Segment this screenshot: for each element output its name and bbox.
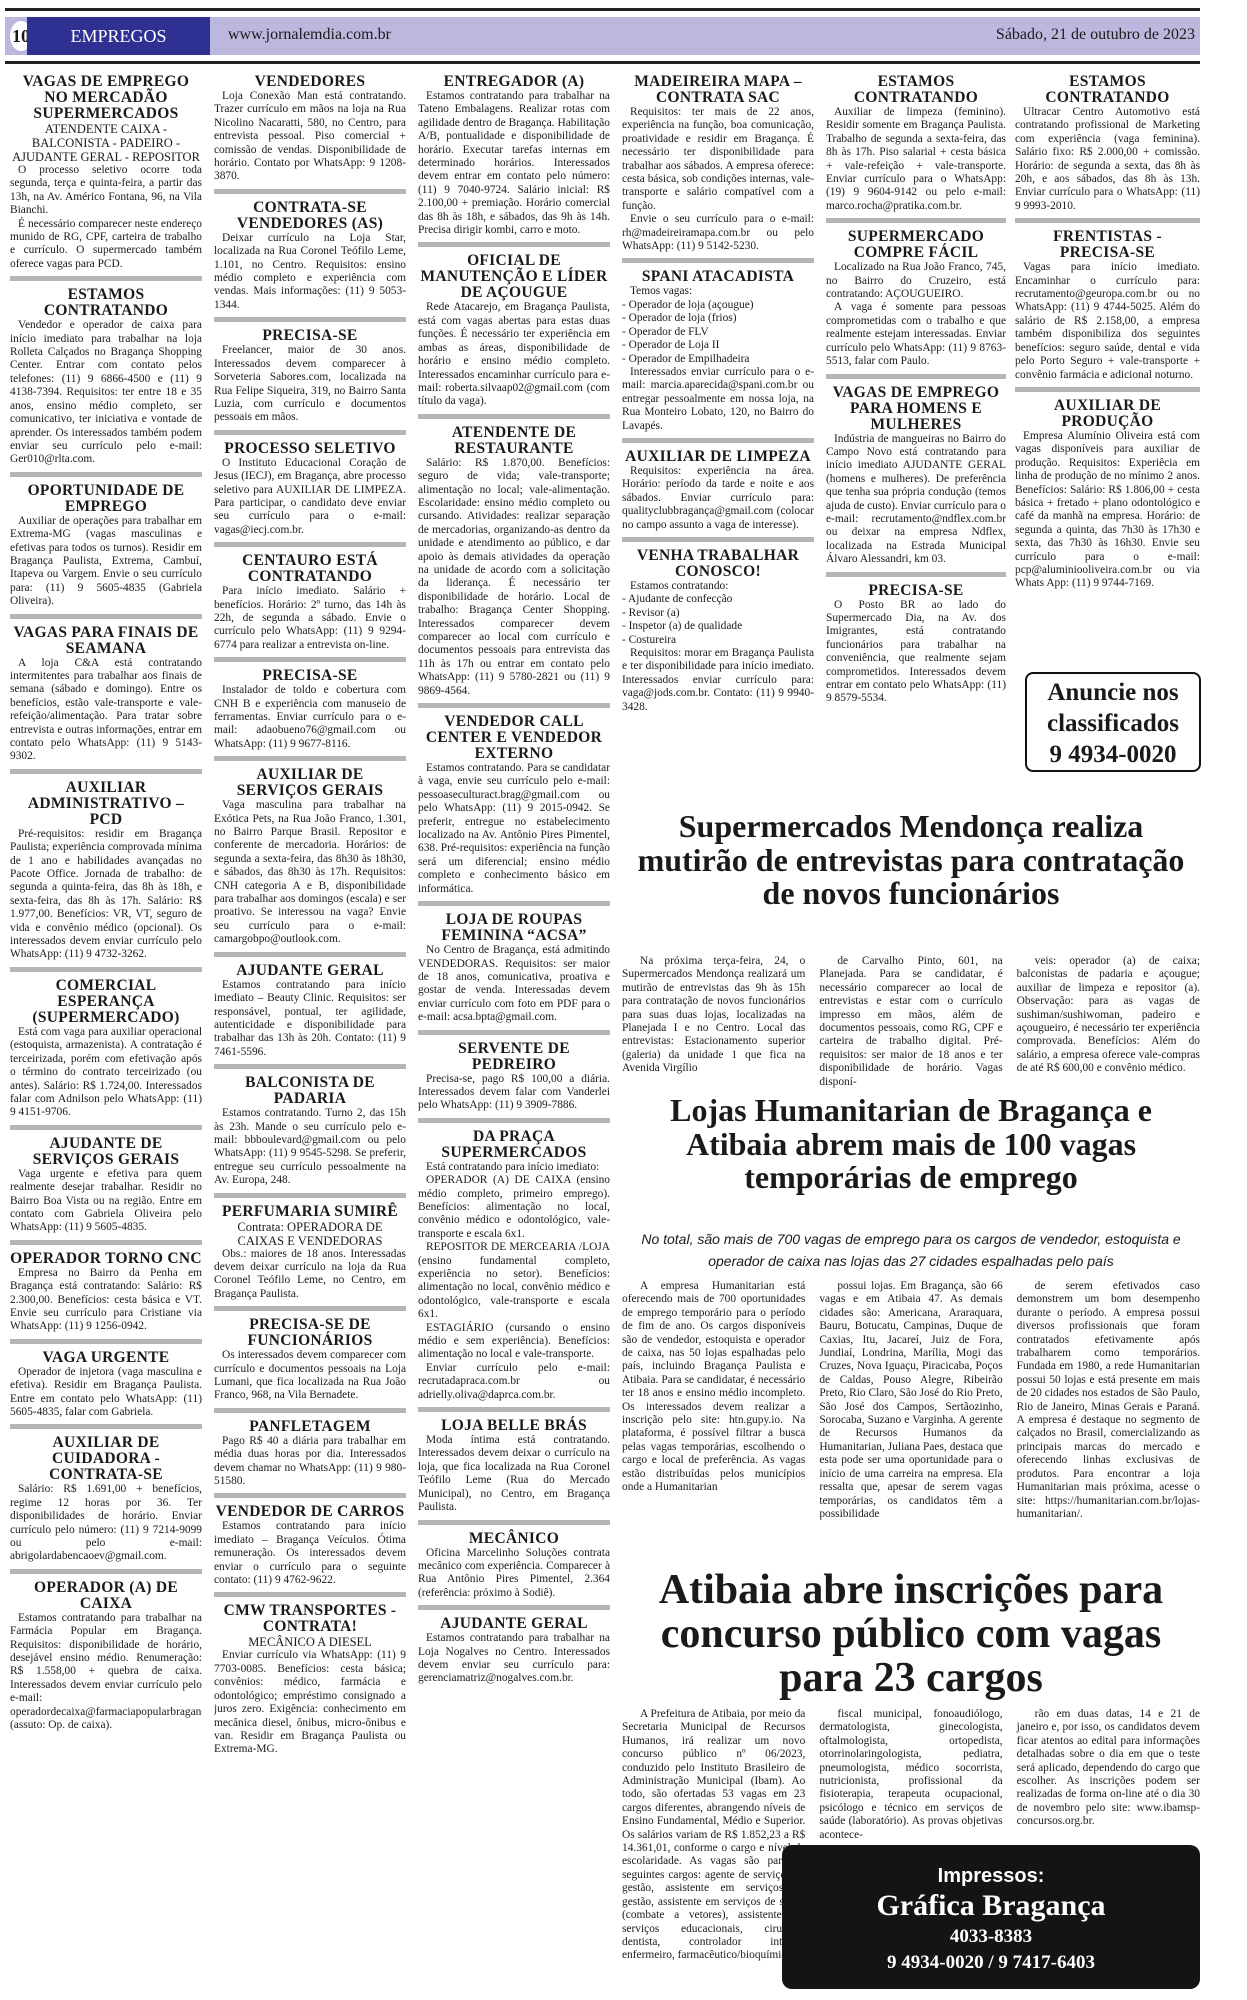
ad-text: Vaga masculina para trabalhar na Exótica… bbox=[214, 799, 406, 946]
article-2-body: A empresa Humanitarian está oferecendo m… bbox=[622, 1280, 1200, 1560]
classified-ad: AUXILIAR DE SERVIÇOS GERAISVaga masculin… bbox=[214, 767, 406, 956]
ad-title: AUXILIAR ADMINISTRATIVO – PCD bbox=[10, 780, 202, 828]
ad-title: AUXILIAR DE SERVIÇOS GERAIS bbox=[214, 767, 406, 799]
ad-text: Estamos contratando. Para se candidatar … bbox=[418, 762, 610, 896]
ad-title: FRENTISTAS - PRECISA-SE bbox=[1015, 229, 1200, 261]
ad-text: O processo seletivo ocorre toda segunda,… bbox=[10, 164, 202, 218]
ad-text: Rede Atacarejo, em Bragança Paulista, es… bbox=[418, 301, 610, 408]
ad-list-item: - Revisor (a) bbox=[622, 607, 814, 620]
article-text: veis: operador (a) de caixa; balconistas… bbox=[1017, 955, 1200, 1076]
ad-text: Moda íntima está contratando. Interessad… bbox=[418, 1434, 610, 1514]
ad-title: CONTRATA-SE VENDEDORES (AS) bbox=[214, 200, 406, 232]
classified-ad: AJUDANTE GERALEstamos contratando para i… bbox=[214, 963, 406, 1069]
ad-title: PRECISA-SE bbox=[826, 583, 1006, 599]
classified-ad: DA PRAÇA SUPERMERCADOSEstá contratando p… bbox=[418, 1129, 610, 1412]
ad-text: Salário: R$ 1.870,00. Benefícios: seguro… bbox=[418, 457, 610, 698]
article-text: A empresa Humanitarian está oferecendo m… bbox=[622, 1280, 805, 1495]
classified-ad: ESTAMOS CONTRATANDOVendedor e operador d… bbox=[10, 287, 202, 476]
ad-text: Freelancer, maior de 30 anos. Interessad… bbox=[214, 344, 406, 424]
ad-list-item: - Costureira bbox=[622, 634, 814, 647]
ad-title: OPORTUNIDADE DE EMPREGO bbox=[10, 483, 202, 515]
ad-list-item: - Operador de Loja II bbox=[622, 339, 814, 352]
ad-title: PRECISA-SE DE FUNCIONÁRIOS bbox=[214, 1317, 406, 1349]
ad-text: Precisa-se, pago R$ 100,00 a diária. Int… bbox=[418, 1073, 610, 1113]
article-text: Na próxima terça-feira, 24, o Supermerca… bbox=[622, 955, 805, 1076]
ad-list: - Ajudante de confecção- Revisor (a)- In… bbox=[622, 593, 814, 647]
ad-text: Está com vaga para auxiliar operacional … bbox=[10, 1026, 202, 1120]
article-2-headline: Lojas Humanitarian de Bragança e Atibaia… bbox=[622, 1094, 1200, 1195]
article-column: possui lojas. Em Bragança, são 66 vagas … bbox=[819, 1280, 1002, 1560]
ad-text: Estamos contratando para início imediato… bbox=[214, 1520, 406, 1587]
ad-title: AJUDANTE DE SERVIÇOS GERAIS bbox=[10, 1136, 202, 1168]
ad-text: Loja Conexão Man está contratando. Traze… bbox=[214, 90, 406, 184]
article-text: de Carvalho Pinto, 601, na Planejada. Pa… bbox=[819, 955, 1002, 1089]
ad-list: - Operador de loja (açougue)- Operador d… bbox=[622, 299, 814, 366]
ad-title: DA PRAÇA SUPERMERCADOS bbox=[418, 1129, 610, 1161]
header-bottom-rule bbox=[5, 61, 1200, 64]
ad-text: REPOSITOR DE MERCEARIA /LOJA (ensino fun… bbox=[418, 1241, 610, 1321]
promo-phone: 9 4934-0020 bbox=[1027, 739, 1199, 770]
ad-text: Os interessados devem comparecer com cur… bbox=[214, 1349, 406, 1403]
ad-text: Instalador de toldo e cobertura com CNH … bbox=[214, 684, 406, 751]
ad-title: VAGA URGENTE bbox=[10, 1350, 202, 1366]
classified-ad: SERVENTE DE PEDREIROPrecisa-se, pago R$ … bbox=[418, 1041, 610, 1123]
section-title: EMPREGOS bbox=[27, 17, 210, 55]
classifieds-column-4: MADEIREIRA MAPA – CONTRATA SACRequisitos… bbox=[622, 74, 814, 809]
ad-text: Indústria de mangueiras no Bairro do Cam… bbox=[826, 433, 1006, 567]
classified-ad: COMERCIAL ESPERANÇA (SUPERMERCADO)Está c… bbox=[10, 978, 202, 1130]
classified-ad: SPANI ATACADISTATemos vagas:- Operador d… bbox=[622, 269, 814, 442]
page-header: 10 EMPREGOS www.jornalemdia.com.br Sábad… bbox=[5, 17, 1200, 55]
classified-ad: ATENDENTE DE RESTAURANTESalário: R$ 1.87… bbox=[418, 425, 610, 708]
classified-ad: MECÂNICOOficina Marcelinho Soluções cont… bbox=[418, 1531, 610, 1611]
ad-title: ESTAMOS CONTRATANDO bbox=[10, 287, 202, 319]
classified-ad: LOJA DE ROUPAS FEMININA “ACSA”No Centro … bbox=[418, 912, 610, 1034]
ad-title: SPANI ATACADISTA bbox=[622, 269, 814, 285]
ad-text: A vaga é somente para pessoas comprometi… bbox=[826, 301, 1006, 368]
classified-ad: VENDEDOR DE CARROSEstamos contratando pa… bbox=[214, 1504, 406, 1597]
ad-title: VENDEDOR DE CARROS bbox=[214, 1504, 406, 1520]
article-1-headline: Supermercados Mendonça realiza mutirão d… bbox=[622, 810, 1200, 911]
classified-ad: PRECISA-SE DE FUNCIONÁRIOSOs interessado… bbox=[214, 1317, 406, 1413]
classified-ad: PANFLETAGEMPago R$ 40 a diária para trab… bbox=[214, 1419, 406, 1499]
ad-title: PRECISA-SE bbox=[214, 328, 406, 344]
ad-title: COMERCIAL ESPERANÇA (SUPERMERCADO) bbox=[10, 978, 202, 1026]
ad-list-item: - Operador de loja (açougue) bbox=[622, 299, 814, 312]
classified-ad: PERFUMARIA SUMIRÊContrata: OPERADORA DE … bbox=[214, 1204, 406, 1312]
classified-ad: ENTREGADOR (A)Estamos contratando para t… bbox=[418, 74, 610, 247]
promo-line-2: classificados bbox=[1027, 708, 1199, 739]
classified-ad: OPERADOR TORNO CNCEmpresa no Bairro da P… bbox=[10, 1251, 202, 1344]
ad-text: Estamos contratando: bbox=[622, 580, 814, 593]
ad-text: Empresa no Bairro da Penha em Bragança e… bbox=[10, 1267, 202, 1334]
grafica-label: Impressos: bbox=[782, 1865, 1200, 1888]
classified-ad: ESTAMOS CONTRATANDOAuxiliar de limpeza (… bbox=[826, 74, 1006, 223]
classified-ad: OPERADOR (A) DE CAIXAEstamos contratando… bbox=[10, 1580, 202, 1738]
classified-ad: AJUDANTE DE SERVIÇOS GERAISVaga urgente … bbox=[10, 1136, 202, 1245]
ad-title: VAGAS PARA FINAIS DE SEAMANA bbox=[10, 625, 202, 657]
ad-title: AJUDANTE GERAL bbox=[418, 1616, 610, 1632]
ad-title: AUXILIAR DE PRODUÇÃO bbox=[1015, 398, 1200, 430]
ad-title: PROCESSO SELETIVO bbox=[214, 441, 406, 457]
ad-list-item: - Operador de FLV bbox=[622, 326, 814, 339]
ad-text: Empresa Alumínio Oliveira está com vagas… bbox=[1015, 430, 1200, 591]
ad-text: Estamos contratando para trabalhar na Lo… bbox=[418, 1632, 610, 1686]
classifieds-promo-box: Anuncie nos classificados 9 4934-0020 bbox=[1025, 672, 1201, 772]
classified-ad: VAGAS DE EMPREGO PARA HOMENS E MULHERESI… bbox=[826, 385, 1006, 577]
ad-text: Temos vagas: bbox=[622, 285, 814, 298]
article-column: de Carvalho Pinto, 601, na Planejada. Pa… bbox=[819, 955, 1002, 1083]
ad-text: O Instituto Educacional Coração de Jesus… bbox=[214, 457, 406, 537]
ad-text: Pago R$ 40 a diária para trabalhar em mé… bbox=[214, 1435, 406, 1489]
ad-text: Estamos contratando para início imediato… bbox=[214, 979, 406, 1059]
article-column: veis: operador (a) de caixa; balconistas… bbox=[1017, 955, 1200, 1083]
ad-title: VENDEDORES bbox=[214, 74, 406, 90]
classified-ad: AUXILIAR DE PRODUÇÃOEmpresa Alumínio Oli… bbox=[1015, 398, 1200, 596]
ad-title: LOJA DE ROUPAS FEMININA “ACSA” bbox=[418, 912, 610, 944]
ad-text: Requisitos: experiência na área. Horário… bbox=[622, 465, 814, 532]
classified-ad: CMW TRANSPORTES - CONTRATA!MECÂNICO A DI… bbox=[214, 1603, 406, 1761]
classified-ad: VENDEDOR CALL CENTER E VENDEDOR EXTERNOE… bbox=[418, 714, 610, 906]
ad-text: Requisitos: morar em Bragança Paulista e… bbox=[622, 647, 814, 714]
classified-ad: VENDEDORESLoja Conexão Man está contrata… bbox=[214, 74, 406, 194]
ad-title: AUXILIAR DE CUIDADORA - CONTRATA-SE bbox=[10, 1435, 202, 1483]
ad-text: Vaga urgente e efetiva para quem realmen… bbox=[10, 1168, 202, 1235]
ad-title: LOJA BELLE BRÁS bbox=[418, 1418, 610, 1434]
classified-ad: CENTAURO ESTÁ CONTRATANDOPara início ime… bbox=[214, 553, 406, 662]
article-text: fiscal municipal, fonoaudiólogo, dermato… bbox=[819, 1708, 1002, 1842]
classified-ad: OFICIAL DE MANUTENÇÃO E LÍDER DE AÇOUGUE… bbox=[418, 253, 610, 418]
ad-title: PRECISA-SE bbox=[214, 668, 406, 684]
ad-text: Pré-requisitos: residir em Bragança Paul… bbox=[10, 828, 202, 962]
article-text: possui lojas. Em Bragança, são 66 vagas … bbox=[819, 1280, 1002, 1521]
issue-date: Sábado, 21 de outubro de 2023 bbox=[996, 26, 1195, 44]
ad-text: Auxiliar de limpeza (feminino). Residir … bbox=[826, 106, 1006, 213]
ad-title: OFICIAL DE MANUTENÇÃO E LÍDER DE AÇOUGUE bbox=[418, 253, 610, 301]
ad-title: ESTAMOS CONTRATANDO bbox=[826, 74, 1006, 106]
ad-list-item: - Operador de loja (frios) bbox=[622, 312, 814, 325]
article-column: A Prefeitura de Atibaia, por meio da Sec… bbox=[622, 1708, 805, 1998]
article-text: de serem efetivados caso demonstrem um b… bbox=[1017, 1280, 1200, 1521]
ad-title: SERVENTE DE PEDREIRO bbox=[418, 1041, 610, 1073]
ad-title: VENDEDOR CALL CENTER E VENDEDOR EXTERNO bbox=[418, 714, 610, 762]
classified-ad: PRECISA-SEInstalador de toldo e cobertur… bbox=[214, 668, 406, 761]
grafica-braganca-ad: Impressos: Gráfica Bragança 4033-8383 9 … bbox=[782, 1845, 1200, 1989]
ad-text: Interessados enviar currículo para o e-m… bbox=[622, 366, 814, 433]
ad-text: Vendedor e operador de caixa para início… bbox=[10, 319, 202, 466]
ad-title: AUXILIAR DE LIMPEZA bbox=[622, 449, 814, 465]
ad-title: ATENDENTE DE RESTAURANTE bbox=[418, 425, 610, 457]
classified-ad: PRECISA-SEFreelancer, maior de 30 anos. … bbox=[214, 328, 406, 434]
ad-text: Para início imediato. Salário + benefíci… bbox=[214, 585, 406, 652]
article-text: rão em duas datas, 14 e 21 de janeiro e,… bbox=[1017, 1708, 1200, 1829]
article-3-headline: Atibaia abre inscrições para concurso pú… bbox=[622, 1568, 1200, 1700]
promo-line-1: Anuncie nos bbox=[1027, 677, 1199, 708]
classifieds-column-5: ESTAMOS CONTRATANDOAuxiliar de limpeza (… bbox=[826, 74, 1006, 809]
ad-title: OPERADOR (A) DE CAIXA bbox=[10, 1580, 202, 1612]
ad-title: BALCONISTA DE PADARIA bbox=[214, 1075, 406, 1107]
ad-title: MECÂNICO bbox=[418, 1531, 610, 1547]
ad-text: O Posto BR ao lado do Supermercado Dia, … bbox=[826, 599, 1006, 706]
ad-list-item: - Inspetor (a) de qualidade bbox=[622, 620, 814, 633]
classified-ad: AUXILIAR ADMINISTRATIVO – PCDPré-requisi… bbox=[10, 780, 202, 972]
ad-text: Operador de injetora (vaga masculina e e… bbox=[10, 1366, 202, 1420]
classified-ad: AUXILIAR DE LIMPEZARequisitos: experiênc… bbox=[622, 449, 814, 542]
grafica-name: Gráfica Bragança bbox=[782, 1888, 1200, 1924]
classifieds-column-2: VENDEDORESLoja Conexão Man está contrata… bbox=[214, 74, 406, 1994]
grafica-phone-1: 4033-8383 bbox=[782, 1924, 1200, 1950]
ad-text: No Centro de Bragança, está admitindo VE… bbox=[418, 944, 610, 1024]
ad-subtitle: Contrata: OPERADORA DE CAIXAS E VENDEDOR… bbox=[214, 1220, 406, 1248]
ad-title: PANFLETAGEM bbox=[214, 1419, 406, 1435]
ad-title: VAGAS DE EMPREGO NO MERCADÃO SUPERMERCAD… bbox=[10, 74, 202, 122]
classified-ad: AUXILIAR DE CUIDADORA - CONTRATA-SESalár… bbox=[10, 1435, 202, 1573]
classified-ad: VAGAS PARA FINAIS DE SEAMANAA loja C&A e… bbox=[10, 625, 202, 774]
classified-ad: PRECISA-SEO Posto BR ao lado do Supermer… bbox=[826, 583, 1006, 711]
top-rule bbox=[5, 8, 1200, 11]
article-column: de serem efetivados caso demonstrem um b… bbox=[1017, 1280, 1200, 1560]
classified-ad: VAGA URGENTEOperador de injetora (vaga m… bbox=[10, 1350, 202, 1430]
ad-title: MADEIREIRA MAPA – CONTRATA SAC bbox=[622, 74, 814, 106]
ad-title: PERFUMARIA SUMIRÊ bbox=[214, 1204, 406, 1220]
ad-text: Requisitos: ter mais de 22 anos, experiê… bbox=[622, 106, 814, 213]
article-text: A Prefeitura de Atibaia, por meio da Sec… bbox=[622, 1708, 805, 1963]
classified-ad: OPORTUNIDADE DE EMPREGOAuxiliar de opera… bbox=[10, 483, 202, 619]
ad-text: Localizado na Rua João Franco, 745, no B… bbox=[826, 261, 1006, 301]
classified-ad: LOJA BELLE BRÁSModa íntima está contrata… bbox=[418, 1418, 610, 1524]
ad-text: Estamos contratando para trabalhar na Ta… bbox=[418, 90, 610, 237]
ad-subtitle: ATENDENTE CAIXA - BALCONISTA - PADEIRO -… bbox=[10, 122, 202, 164]
article-2-deck: No total, são mais de 700 vagas de empre… bbox=[622, 1228, 1200, 1272]
ad-text: ESTAGIÁRIO (cursando o ensino médio e se… bbox=[418, 1322, 610, 1362]
ad-text: A loja C&A está contratando intermitente… bbox=[10, 657, 202, 764]
ad-text: Estamos contratando. Turno 2, das 15h às… bbox=[214, 1107, 406, 1187]
classified-ad: ESTAMOS CONTRATANDOUltracar Centro Autom… bbox=[1015, 74, 1200, 223]
classified-ad: AJUDANTE GERALEstamos contratando para t… bbox=[418, 1616, 610, 1691]
article-column: A empresa Humanitarian está oferecendo m… bbox=[622, 1280, 805, 1560]
ad-text: Estamos contratando para trabalhar na Fa… bbox=[10, 1612, 202, 1733]
grafica-phone-2: 9 4934-0020 / 9 7417-6403 bbox=[782, 1950, 1200, 1976]
ad-text: Ultracar Centro Automotivo está contrata… bbox=[1015, 106, 1200, 213]
article-1-body: Na próxima terça-feira, 24, o Supermerca… bbox=[622, 955, 1200, 1083]
ad-text: Salário: R$ 1.691,00 + benefícios, regim… bbox=[10, 1483, 202, 1563]
ad-text: OPERADOR (A) DE CAIXA (ensino médio comp… bbox=[418, 1174, 610, 1241]
ad-list-item: - Ajudante de confecção bbox=[622, 593, 814, 606]
classified-ad: VENHA TRABALHAR CONOSCO!Estamos contrata… bbox=[622, 548, 814, 719]
website-url[interactable]: www.jornalemdia.com.br bbox=[228, 26, 391, 44]
ad-title: SUPERMERCADO COMPRE FÁCIL bbox=[826, 229, 1006, 261]
classifieds-column-6: ESTAMOS CONTRATANDOUltracar Centro Autom… bbox=[1015, 74, 1200, 674]
classified-ad: SUPERMERCADO COMPRE FÁCILLocalizado na R… bbox=[826, 229, 1006, 378]
classified-ad: FRENTISTAS - PRECISA-SEVagas para início… bbox=[1015, 229, 1200, 392]
ad-title: VAGAS DE EMPREGO PARA HOMENS E MULHERES bbox=[826, 385, 1006, 433]
ad-title: CMW TRANSPORTES - CONTRATA! bbox=[214, 1603, 406, 1635]
ad-text: Deixar currículo na Loja Star, localizad… bbox=[214, 232, 406, 312]
ad-title: ESTAMOS CONTRATANDO bbox=[1015, 74, 1200, 106]
ad-text: Enviar currículo via WhatsApp: (11) 9 77… bbox=[214, 1649, 406, 1756]
ad-title: CENTAURO ESTÁ CONTRATANDO bbox=[214, 553, 406, 585]
ad-title: OPERADOR TORNO CNC bbox=[10, 1251, 202, 1267]
classified-ad: PROCESSO SELETIVOO Instituto Educacional… bbox=[214, 441, 406, 547]
ad-title: VENHA TRABALHAR CONOSCO! bbox=[622, 548, 814, 580]
ad-subtitle: MECÂNICO A DIESEL bbox=[214, 1635, 406, 1649]
ad-title: ENTREGADOR (A) bbox=[418, 74, 610, 90]
ad-text: Auxiliar de operações para trabalhar em … bbox=[10, 515, 202, 609]
classified-ad: MADEIREIRA MAPA – CONTRATA SACRequisitos… bbox=[622, 74, 814, 263]
ad-text: Enviar currículo pelo e-mail: recrutadap… bbox=[418, 1362, 610, 1402]
classified-ad: BALCONISTA DE PADARIAEstamos contratando… bbox=[214, 1075, 406, 1197]
classifieds-column-1: VAGAS DE EMPREGO NO MERCADÃO SUPERMERCAD… bbox=[10, 74, 202, 1994]
ad-list-item: - Operador de Empilhadeira bbox=[622, 353, 814, 366]
ad-text: Vagas para início imediato. Encaminhar o… bbox=[1015, 261, 1200, 382]
ad-text: É necessário comparecer neste endereço m… bbox=[10, 218, 202, 272]
ad-text: Envie o seu currículo para o e-mail: rh@… bbox=[622, 213, 814, 253]
ad-text: Obs.: maiores de 18 anos. Interessadas d… bbox=[214, 1248, 406, 1302]
ad-title: AJUDANTE GERAL bbox=[214, 963, 406, 979]
classified-ad: VAGAS DE EMPREGO NO MERCADÃO SUPERMERCAD… bbox=[10, 74, 202, 281]
ad-text: Está contratando para início imediato: bbox=[418, 1161, 610, 1174]
classifieds-column-3: ENTREGADOR (A)Estamos contratando para t… bbox=[418, 74, 610, 1994]
ad-text: Oficina Marcelinho Soluções contrata mec… bbox=[418, 1547, 610, 1601]
classified-ad: CONTRATA-SE VENDEDORES (AS)Deixar curríc… bbox=[214, 200, 406, 322]
article-column: Na próxima terça-feira, 24, o Supermerca… bbox=[622, 955, 805, 1083]
